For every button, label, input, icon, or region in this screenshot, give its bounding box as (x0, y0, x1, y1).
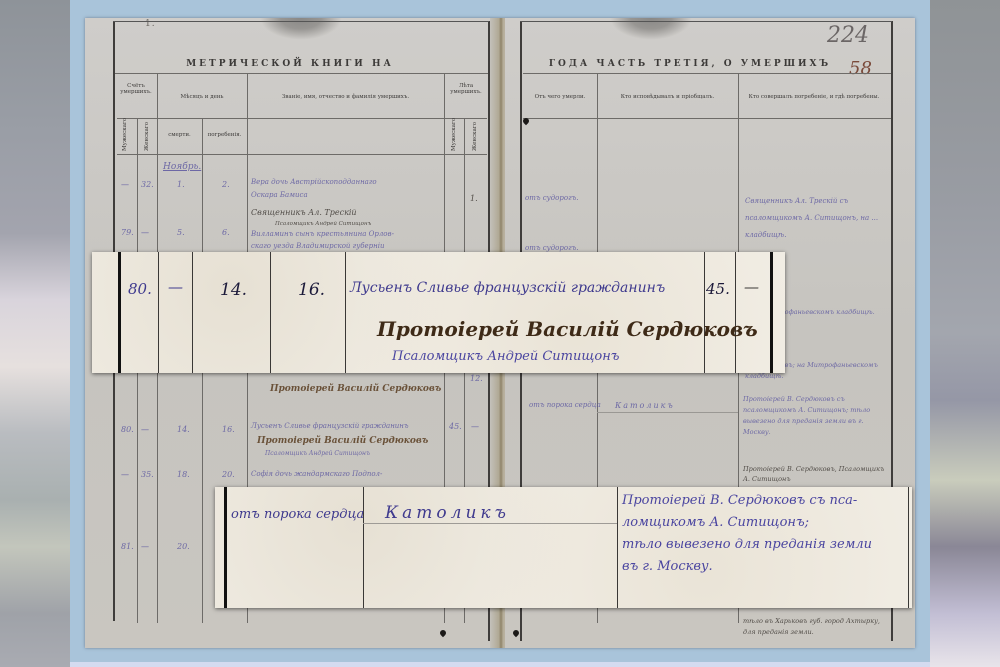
header-male: Мужескаго (122, 123, 128, 151)
cell-burial-place: Протоіерей В. Сердюковъ съ псаломщикомъ … (743, 394, 888, 438)
cell-female: — (141, 542, 149, 551)
cell-name-cont: Оскара Бамиса (251, 191, 308, 199)
inset-burial-day: 16. (298, 280, 325, 300)
cell-signature: Протоіерей Василій Сердюковъ (270, 384, 441, 394)
rule (158, 252, 159, 373)
cell-age-female: 1. (470, 194, 478, 203)
inset-burial-line-1: Протоіерей В. Сердюковъ съ пса- (622, 493, 857, 508)
rule (735, 252, 736, 373)
rule (115, 73, 488, 74)
rule (617, 487, 618, 608)
header-female: Женскаго (144, 123, 150, 151)
header-count: Счётъ умершихъ. (115, 83, 157, 95)
cell-name: Лусьенъ Сливье французскій гражданинъ (251, 422, 409, 430)
cell-signature: Протоіерей Василій Сердюковъ (257, 436, 428, 446)
folio-subnumber: 58 (849, 58, 872, 79)
rule (224, 487, 227, 608)
cell-burial: 6. (222, 228, 230, 237)
cell-male: 80. (121, 425, 134, 434)
folio-number: 224 (827, 23, 869, 48)
cell-name: Вилламинъ сынъ крестьянина Орлов- (251, 230, 394, 238)
page-title-right: ГОДА ЧАСТЬ ТРЕТІЯ, О УМЕРШИХЪ (545, 59, 835, 69)
rule (118, 252, 121, 373)
inset-confessor: Католикъ (385, 503, 510, 523)
cell-burial: 2. (222, 180, 230, 189)
cell-name-cont: скаго уезда Владимирской губерніи (251, 242, 385, 250)
rule (117, 154, 487, 155)
rule (270, 252, 271, 373)
cell-name: Софія дочь жандармскаго Подпол- (251, 470, 382, 478)
cell-death: 20. (177, 542, 190, 551)
header-death: смерти. (157, 132, 202, 138)
rule (908, 487, 909, 608)
inset-burial-line-4: въ г. Москву. (622, 559, 713, 574)
cell-cause: отъ судорогъ. (525, 244, 579, 252)
cell-female: 32. (141, 180, 154, 189)
page-title-left: МЕТРИЧЕСКОЙ КНИГИ НА (185, 59, 395, 69)
inset-priest-signature: Протоіерей Василій Сердюковъ (377, 317, 758, 341)
inset-female-number: — (168, 278, 183, 296)
cell-age-female: — (471, 422, 479, 431)
cell-burial: 20. (222, 470, 235, 479)
inset-burial-line-3: тѣло вывезено для преданія земли (622, 537, 872, 552)
header-age-male: Мужескаго (451, 123, 457, 151)
inset-age-male: 45. (706, 280, 730, 298)
frame-bottom-edge (70, 662, 930, 667)
cell-female: 35. (141, 470, 154, 479)
blurred-background-right (928, 0, 1000, 667)
cell-burial-place: Протоіерей В. Сердюковъ, Псаломщикъ А. С… (743, 464, 888, 484)
cell-confessor: Католикъ (615, 401, 675, 410)
inset-deceased-name: Лусьенъ Сливье французскій гражданинъ (350, 280, 665, 296)
rule (192, 252, 193, 373)
cell-burial: 16. (222, 425, 235, 434)
blurred-background-left (0, 0, 72, 667)
zoom-inset-burial: отъ порока сердца Католикъ Протоіерей В.… (215, 487, 912, 608)
cell-death: 1. (177, 180, 185, 189)
cell-age-male: 45. (449, 422, 462, 431)
inset-death-day: 14. (220, 280, 247, 300)
rule (523, 118, 891, 119)
rule (117, 118, 487, 119)
rule (523, 73, 891, 74)
header-name: Званіе, имя, отчество и фамилія умершихъ… (247, 94, 444, 100)
cell-cause: отъ судорогъ. (525, 194, 579, 202)
header-burial-place: Кто совершалъ погребеніе, и гдѣ погребен… (738, 94, 890, 100)
cell-death: 14. (177, 425, 190, 434)
cell-female: — (141, 425, 149, 434)
rule (113, 21, 489, 22)
header-cause: Отъ чего умерли. (523, 94, 597, 100)
inset-cause-of-death: отъ порока сердца (231, 507, 364, 522)
header-confessor: Кто исповѣдывалъ и пріобщалъ. (597, 94, 738, 100)
cell-burial-place: тѣло въ Харьковъ губ. город Ахтырку, для… (743, 616, 893, 638)
cell-age-female: 12. (470, 374, 483, 383)
cell-male: — (121, 180, 129, 189)
inset-age-female: — (744, 278, 759, 296)
cell-name: Вера дочь Австрійскоподданнаго (251, 178, 377, 186)
cell-signature: Священникъ Ал. Трескій (251, 208, 357, 217)
cell-burial-place: Священникъ Ал. Трескій съ псаломщикомъ А… (745, 193, 885, 244)
inset-clerk-signature: Псаломщикъ Андрей Ситищонъ (392, 349, 619, 364)
cell-male: 79. (121, 228, 134, 237)
rule (597, 412, 738, 413)
cell-death: 5. (177, 228, 185, 237)
cell-female: — (141, 228, 149, 237)
cell-death: 18. (177, 470, 190, 479)
inset-burial-line-2: ломщикомъ А. Ситищонъ; (622, 515, 809, 530)
cell-male: 81. (121, 542, 134, 551)
header-month-day: Мѣсяцъ и день (157, 94, 247, 100)
binding-hole-icon (439, 629, 447, 637)
rule (520, 21, 892, 22)
inset-male-number: 80. (128, 280, 152, 298)
binding-hole-icon (512, 629, 520, 637)
rule (345, 252, 346, 373)
rule (363, 523, 617, 524)
rule (770, 252, 773, 373)
rule (363, 487, 364, 608)
cell-male: — (121, 470, 129, 479)
cell-cause: отъ порока сердца (529, 401, 601, 409)
cell-clerk: Псаломщикъ Андрей Ситищонъ (275, 221, 371, 227)
cell-clerk: Псаломщикъ Андрей Ситищонъ (265, 450, 370, 457)
zoom-inset-entry: 80. — 14. 16. Лусьенъ Сливье французскій… (92, 252, 785, 373)
header-burial: погребенія. (202, 132, 247, 138)
month-label: Ноябрь. (163, 162, 201, 172)
header-age-female: Женскаго (472, 123, 478, 151)
rule (704, 252, 705, 373)
header-age: Лѣта умершихъ. (444, 83, 488, 95)
